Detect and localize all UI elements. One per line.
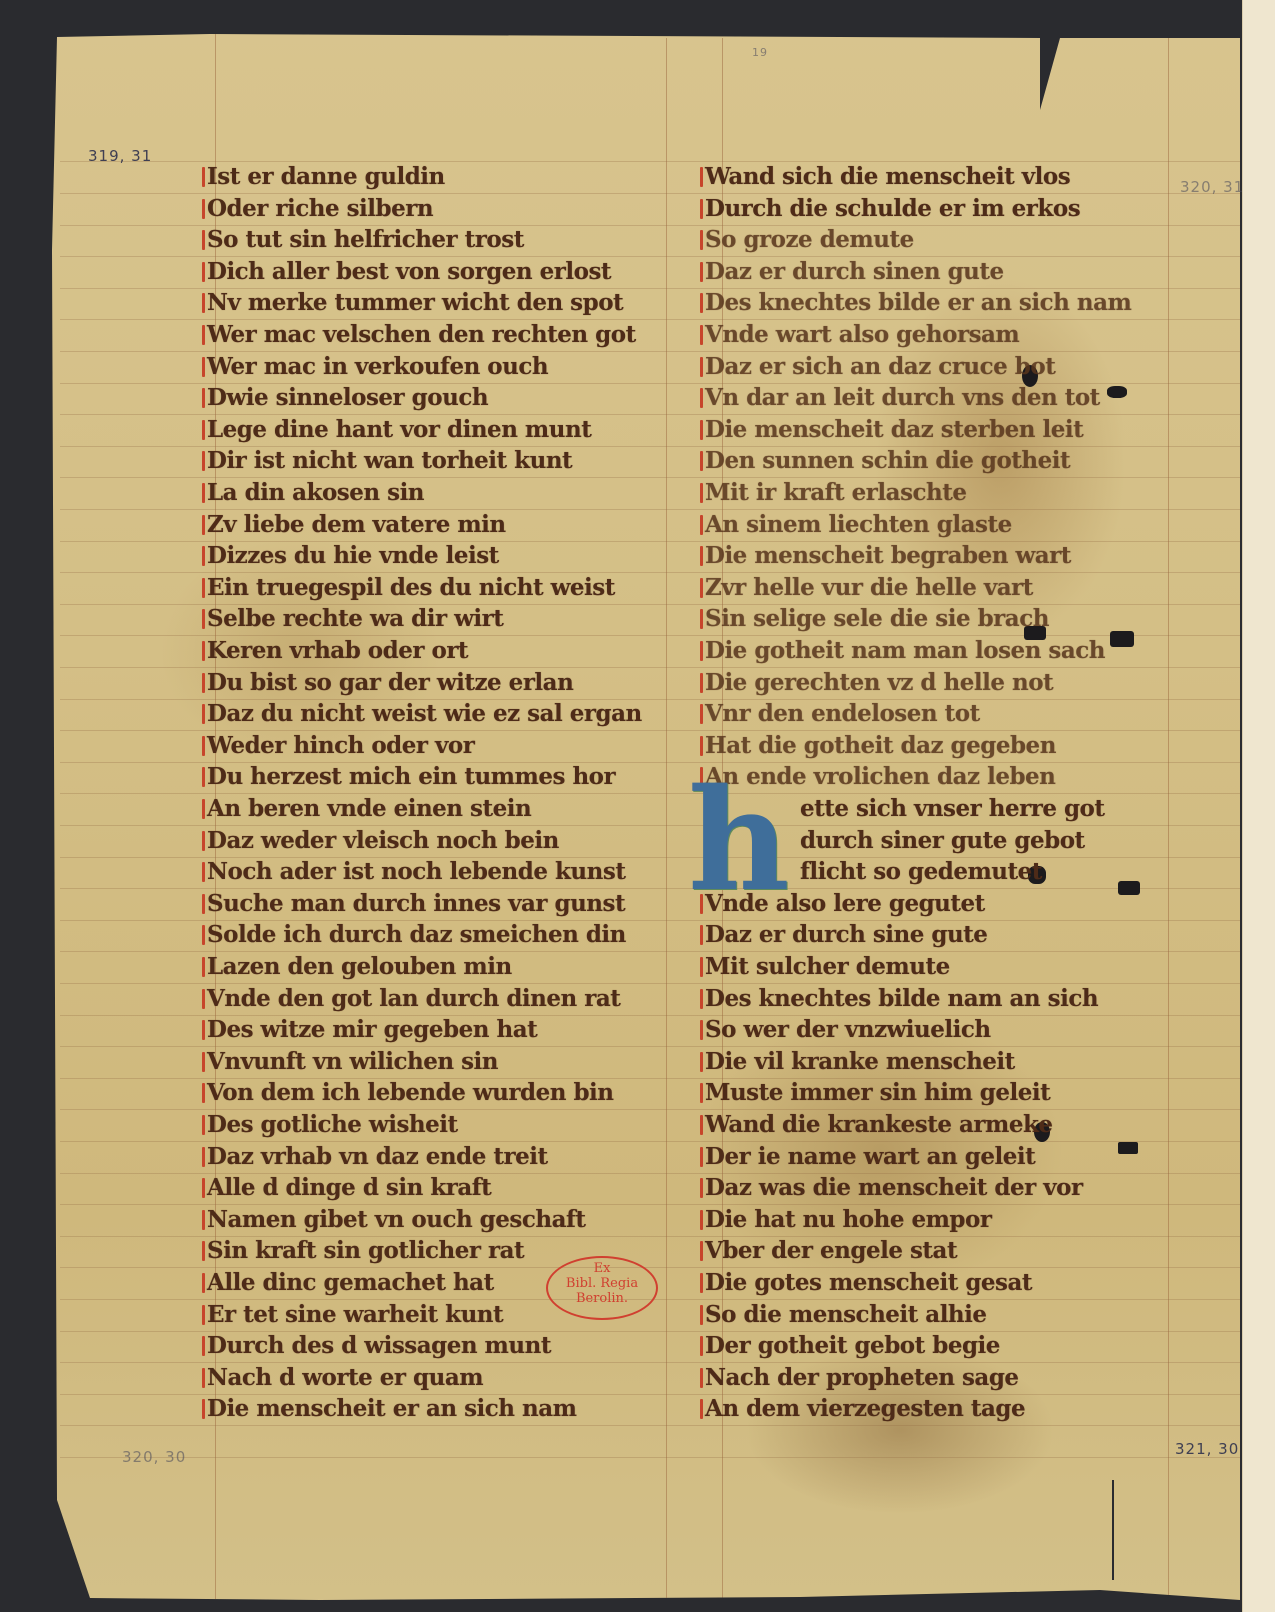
verse-text: Nach der propheten sage <box>705 1364 1019 1391</box>
verse-line: Hat die gotheit daz gegeben <box>700 732 1056 759</box>
verse-text: Die gotes menscheit gesat <box>705 1269 1032 1296</box>
verse-line: Die menscheit daz sterben leit <box>700 416 1083 443</box>
verse-text: Vnde wart also gehorsam <box>705 321 1019 348</box>
verse-text: Den sunnen schin die gotheit <box>705 447 1070 474</box>
rubrication-mark <box>202 894 205 914</box>
verse-line: Von dem ich lebende wurden bin <box>202 1079 614 1106</box>
verse-line: So wer der vnzwiuelich <box>700 1016 991 1043</box>
verse-text: Noch ader ist noch lebende kunst <box>207 858 625 885</box>
verse-text: Daz was die menscheit der vor <box>705 1174 1083 1201</box>
rubrication-mark <box>202 704 205 724</box>
verse-line: So tut sin helfricher trost <box>202 226 524 253</box>
rubrication-mark <box>700 704 703 724</box>
verse-text: Die hat nu hohe empor <box>705 1206 991 1233</box>
verse-text: Die gerechten vz d helle not <box>705 669 1053 696</box>
rubrication-mark <box>202 831 205 851</box>
verse-line: Lege dine hant vor dinen munt <box>202 416 591 443</box>
verse-line: Namen gibet vn ouch geschaft <box>202 1206 586 1233</box>
verse-line: Ist er danne guldin <box>202 163 445 190</box>
rubrication-mark <box>202 515 205 535</box>
verse-text: Von dem ich lebende wurden bin <box>207 1079 614 1106</box>
rubrication-mark <box>202 1336 205 1356</box>
rubrication-mark <box>202 388 205 408</box>
verse-line: Die gotes menscheit gesat <box>700 1269 1032 1296</box>
verse-line: Selbe rechte wa dir wirt <box>202 605 503 632</box>
verse-line: So groze demute <box>700 226 914 253</box>
rubrication-mark <box>202 609 205 629</box>
verse-text: Durch die schulde er im erkos <box>705 195 1080 222</box>
rubrication-mark <box>202 199 205 219</box>
verse-text: Ein truegespil des du nicht weist <box>207 574 615 601</box>
verse-text: Dich aller best von sorgen erlost <box>207 258 611 285</box>
verse-line: Wand die krankeste armeke <box>700 1111 1053 1138</box>
verse-line: Nv merke tummer wicht den spot <box>202 289 623 316</box>
verse-line: Durch des d wissagen munt <box>202 1332 551 1359</box>
verse-text: So die menscheit alhie <box>705 1301 987 1328</box>
rubrication-mark <box>202 578 205 598</box>
rubrication-mark <box>202 420 205 440</box>
verse-line: Durch die schulde er im erkos <box>700 195 1080 222</box>
verse-text: Die gotheit nam man losen sach <box>705 637 1105 664</box>
verse-line: Die menscheit er an sich nam <box>202 1395 576 1422</box>
verse-line: Des knechtes bilde er an sich nam <box>700 289 1131 316</box>
verse-line: Du bist so gar der witze erlan <box>202 669 573 696</box>
verse-text: Zv liebe dem vatere min <box>207 511 506 538</box>
rubrication-mark <box>700 1210 703 1230</box>
verse-line: Wand sich die menscheit vlos <box>700 163 1070 190</box>
verse-line: durch siner gute gebot <box>800 827 1085 854</box>
verse-text: Sin kraft sin gotlicher rat <box>207 1237 524 1264</box>
verse-text: Daz er durch sinen gute <box>705 258 1004 285</box>
verse-line: Sin selige sele die sie brach <box>700 605 1049 632</box>
verse-line: Des knechtes bilde nam an sich <box>700 985 1098 1012</box>
verse-text: La din akosen sin <box>207 479 424 506</box>
verse-text: Daz weder vleisch noch bein <box>207 827 559 854</box>
verse-line: Alle d dinge d sin kraft <box>202 1174 491 1201</box>
verse-line: Vnvunft vn wilichen sin <box>202 1048 498 1075</box>
verse-text: Die menscheit begraben wart <box>705 542 1071 569</box>
verse-line: Zv liebe dem vatere min <box>202 511 506 538</box>
verse-line: An beren vnde einen stein <box>202 795 531 822</box>
verse-line: Muste immer sin him geleit <box>700 1079 1050 1106</box>
verse-line: Daz vrhab vn daz ende treit <box>202 1143 548 1170</box>
rubrication-mark <box>202 546 205 566</box>
verse-line: Die vil kranke menscheit <box>700 1048 1015 1075</box>
verse-line: Daz du nicht weist wie ez sal ergan <box>202 700 642 727</box>
verse-line: Wer mac velschen den rechten got <box>202 321 636 348</box>
rubrication-mark <box>700 673 703 693</box>
verse-line: Die menscheit begraben wart <box>700 542 1071 569</box>
verse-text: Suche man durch innes var gunst <box>207 890 625 917</box>
verse-text: Dwie sinneloser gouch <box>207 384 488 411</box>
rubrication-mark <box>700 1178 703 1198</box>
verse-text: Namen gibet vn ouch geschaft <box>207 1206 586 1233</box>
verse-line: Vn dar an leit durch vns den tot <box>700 384 1100 411</box>
rubrication-mark <box>202 230 205 250</box>
verse-line: Noch ader ist noch lebende kunst <box>202 858 625 885</box>
verse-line: An sinem liechten glaste <box>700 511 1012 538</box>
rubrication-mark <box>202 167 205 187</box>
verse-line: Mit sulcher demute <box>700 953 950 980</box>
stamp-line: Berolin. <box>548 1291 656 1306</box>
rubrication-mark <box>700 1147 703 1167</box>
ruling-line <box>666 38 667 1598</box>
stamp-line: Bibl. Regia <box>548 1276 656 1291</box>
verse-text: An sinem liechten glaste <box>705 511 1012 538</box>
rubrication-mark <box>700 1052 703 1072</box>
verse-line: Vnde wart also gehorsam <box>700 321 1019 348</box>
rubrication-mark <box>202 293 205 313</box>
verse-text: Keren vrhab oder ort <box>207 637 468 664</box>
verse-text: Daz vrhab vn daz ende treit <box>207 1143 548 1170</box>
rubrication-mark <box>700 925 703 945</box>
verse-text: Lege dine hant vor dinen munt <box>207 416 591 443</box>
verse-text: Solde ich durch daz smeichen din <box>207 921 626 948</box>
rubrication-mark <box>700 1305 703 1325</box>
verse-line: Vber der engele stat <box>700 1237 957 1264</box>
verse-text: Oder riche silbern <box>207 195 433 222</box>
verse-text: Alle dinc gemachet hat <box>207 1269 494 1296</box>
verse-text: Daz du nicht weist wie ez sal ergan <box>207 700 642 727</box>
decorated-initial: h <box>688 786 798 906</box>
verse-text: ette sich vnser herre got <box>800 795 1105 822</box>
rubrication-mark <box>202 357 205 377</box>
verse-text: Daz er durch sine gute <box>705 921 987 948</box>
rubrication-mark <box>700 578 703 598</box>
folio-number-top-left: 319, 31 <box>88 147 152 165</box>
verse-line: Nach d worte er quam <box>202 1364 483 1391</box>
rubrication-mark <box>202 925 205 945</box>
rubrication-mark <box>700 1368 703 1388</box>
rubrication-mark <box>700 546 703 566</box>
rubrication-mark <box>700 388 703 408</box>
verse-text: An dem vierzegesten tage <box>705 1395 1025 1422</box>
rubrication-mark <box>202 673 205 693</box>
verse-line: flicht so gedemutet <box>800 858 1042 885</box>
verse-text: Er tet sine warheit kunt <box>207 1301 503 1328</box>
rubrication-mark <box>700 641 703 661</box>
verse-line: Suche man durch innes var gunst <box>202 890 625 917</box>
verse-line: Solde ich durch daz smeichen din <box>202 921 626 948</box>
rubrication-mark <box>700 199 703 219</box>
verse-line: Zvr helle vur die helle vart <box>700 574 1033 601</box>
rubrication-mark <box>700 957 703 977</box>
verse-text: Hat die gotheit daz gegeben <box>705 732 1056 759</box>
verse-text: Der ie name wart an geleit <box>705 1143 1035 1170</box>
verse-text: Du herzest mich ein tummes hor <box>207 763 615 790</box>
folio-number-top-right: 320, 31 <box>1180 178 1244 196</box>
verse-line: La din akosen sin <box>202 479 424 506</box>
rubrication-mark <box>700 325 703 345</box>
verse-line: Du herzest mich ein tummes hor <box>202 763 615 790</box>
rubrication-mark <box>202 799 205 819</box>
verse-text: Vnde den got lan durch dinen rat <box>207 985 620 1012</box>
verse-text: Des knechtes bilde er an sich nam <box>705 289 1131 316</box>
rubrication-mark <box>700 262 703 282</box>
verse-line: Die gotheit nam man losen sach <box>700 637 1105 664</box>
verse-line: Dwie sinneloser gouch <box>202 384 488 411</box>
verse-text: Sin selige sele die sie brach <box>705 605 1049 632</box>
verse-line: So die menscheit alhie <box>700 1301 987 1328</box>
verse-line: Nach der propheten sage <box>700 1364 1019 1391</box>
verse-line: Die hat nu hohe empor <box>700 1206 991 1233</box>
rubrication-mark <box>202 1083 205 1103</box>
rubrication-mark <box>202 1147 205 1167</box>
verse-text: Vn dar an leit durch vns den tot <box>705 384 1100 411</box>
verse-line: Daz er durch sine gute <box>700 921 987 948</box>
rubrication-mark <box>202 1115 205 1135</box>
verse-text: Daz er sich an daz cruce bot <box>705 353 1055 380</box>
verse-text: Alle d dinge d sin kraft <box>207 1174 491 1201</box>
verse-line: Dizzes du hie vnde leist <box>202 542 499 569</box>
rubrication-mark <box>700 609 703 629</box>
verse-line: Weder hinch oder vor <box>202 732 474 759</box>
rubrication-mark <box>700 1020 703 1040</box>
verse-line: Vnr den endelosen tot <box>700 700 980 727</box>
verse-line: Daz weder vleisch noch bein <box>202 827 559 854</box>
rubrication-mark <box>202 1241 205 1261</box>
rubrication-mark <box>700 420 703 440</box>
verse-text: Selbe rechte wa dir wirt <box>207 605 503 632</box>
verse-text: Dir ist nicht wan torheit kunt <box>207 447 572 474</box>
rubrication-mark <box>700 515 703 535</box>
verse-text: Dizzes du hie vnde leist <box>207 542 499 569</box>
rubrication-mark <box>202 1273 205 1293</box>
verse-text: durch siner gute gebot <box>800 827 1085 854</box>
rubrication-mark <box>202 1052 205 1072</box>
rubrication-mark <box>202 767 205 787</box>
verse-text: So wer der vnzwiuelich <box>705 1016 991 1043</box>
verse-line: Lazen den gelouben min <box>202 953 512 980</box>
verse-line: Mit ir kraft erlaschte <box>700 479 967 506</box>
verse-text: Wand die krankeste armeke <box>705 1111 1053 1138</box>
rubrication-mark <box>700 230 703 250</box>
verse-line: Dir ist nicht wan torheit kunt <box>202 447 572 474</box>
rubrication-mark <box>202 483 205 503</box>
verse-text: Mit sulcher demute <box>705 953 950 980</box>
verse-line: Vnde den got lan durch dinen rat <box>202 985 620 1012</box>
verse-text: Vber der engele stat <box>705 1237 957 1264</box>
verse-line: Daz was die menscheit der vor <box>700 1174 1083 1201</box>
rubrication-mark <box>700 1336 703 1356</box>
rubrication-mark <box>202 1020 205 1040</box>
verse-text: Wand sich die menscheit vlos <box>705 163 1070 190</box>
verse-text: Des witze mir gegeben hat <box>207 1016 537 1043</box>
verse-line: ette sich vnser herre got <box>800 795 1105 822</box>
verse-text: Des gotliche wisheit <box>207 1111 458 1138</box>
rubrication-mark <box>700 483 703 503</box>
rubrication-mark <box>202 862 205 882</box>
rubrication-mark <box>202 989 205 1009</box>
verse-text: Zvr helle vur die helle vart <box>705 574 1033 601</box>
verse-text: Wer mac velschen den rechten got <box>207 321 636 348</box>
verse-text: So groze demute <box>705 226 914 253</box>
verse-text: Des knechtes bilde nam an sich <box>705 985 1098 1012</box>
verse-line: An dem vierzegesten tage <box>700 1395 1025 1422</box>
verse-text: Lazen den gelouben min <box>207 953 512 980</box>
verse-line: Daz er durch sinen gute <box>700 258 1004 285</box>
verse-text: flicht so gedemutet <box>800 858 1042 885</box>
verse-text: Der gotheit gebot begie <box>705 1332 1000 1359</box>
verse-line: Der gotheit gebot begie <box>700 1332 1000 1359</box>
rubrication-mark <box>202 1368 205 1388</box>
verse-text: Muste immer sin him geleit <box>705 1079 1050 1106</box>
rubrication-mark <box>700 1115 703 1135</box>
rubrication-mark <box>202 641 205 661</box>
verse-line: Alle dinc gemachet hat <box>202 1269 494 1296</box>
rubrication-mark <box>700 451 703 471</box>
verse-text: So tut sin helfricher trost <box>207 226 524 253</box>
verse-line: Oder riche silbern <box>202 195 433 222</box>
library-stamp: Ex Bibl. Regia Berolin. <box>546 1256 658 1320</box>
verse-text: Mit ir kraft erlaschte <box>705 479 967 506</box>
folio-number-bottom-right: 321, 30 <box>1175 1440 1239 1458</box>
rubrication-mark <box>202 1305 205 1325</box>
rubrication-mark <box>700 1083 703 1103</box>
folio-number-bottom-left: 320, 30 <box>122 1448 186 1466</box>
verse-text: Vnvunft vn wilichen sin <box>207 1048 498 1075</box>
verse-text: Die vil kranke menscheit <box>705 1048 1015 1075</box>
rubrication-mark <box>700 989 703 1009</box>
verse-text: Nv merke tummer wicht den spot <box>207 289 623 316</box>
verse-line: Dich aller best von sorgen erlost <box>202 258 611 285</box>
rubrication-mark <box>202 451 205 471</box>
verse-text: Weder hinch oder vor <box>207 732 474 759</box>
rubrication-mark <box>202 1178 205 1198</box>
verse-line: Der ie name wart an geleit <box>700 1143 1035 1170</box>
verse-text: Die menscheit daz sterben leit <box>705 416 1083 443</box>
verse-text: Durch des d wissagen munt <box>207 1332 551 1359</box>
verse-line: Ein truegespil des du nicht weist <box>202 574 615 601</box>
verse-line: Den sunnen schin die gotheit <box>700 447 1070 474</box>
rubrication-mark <box>700 1399 703 1419</box>
verse-text: Wer mac in verkoufen ouch <box>207 353 548 380</box>
verse-text: Ist er danne guldin <box>207 163 445 190</box>
rubrication-mark <box>700 1273 703 1293</box>
stamp-line: Ex <box>548 1261 656 1276</box>
rubrication-mark <box>700 736 703 756</box>
verse-line: Er tet sine warheit kunt <box>202 1301 503 1328</box>
rubrication-mark <box>202 957 205 977</box>
verse-line: Daz er sich an daz cruce bot <box>700 353 1055 380</box>
verse-line: Des gotliche wisheit <box>202 1111 458 1138</box>
verse-line: Sin kraft sin gotlicher rat <box>202 1237 524 1264</box>
rubrication-mark <box>202 736 205 756</box>
rubrication-mark <box>202 1210 205 1230</box>
rubrication-mark <box>700 167 703 187</box>
verse-text: An beren vnde einen stein <box>207 795 531 822</box>
verse-line: Wer mac in verkoufen ouch <box>202 353 548 380</box>
verse-line: Keren vrhab oder ort <box>202 637 468 664</box>
rubrication-mark <box>700 293 703 313</box>
left-column: Ist er danne guldinOder riche silbernSo … <box>202 0 662 1612</box>
verse-text: Vnr den endelosen tot <box>705 700 980 727</box>
verse-text: Die menscheit er an sich nam <box>207 1395 576 1422</box>
verse-line: Die gerechten vz d helle not <box>700 669 1053 696</box>
verse-text: Nach d worte er quam <box>207 1364 483 1391</box>
verse-text: Du bist so gar der witze erlan <box>207 669 573 696</box>
mounting-board <box>1242 0 1275 1612</box>
rubrication-mark <box>202 1399 205 1419</box>
rubrication-mark <box>202 262 205 282</box>
rubrication-mark <box>202 325 205 345</box>
rubrication-mark <box>700 357 703 377</box>
rubrication-mark <box>700 1241 703 1261</box>
verse-line: Des witze mir gegeben hat <box>202 1016 537 1043</box>
